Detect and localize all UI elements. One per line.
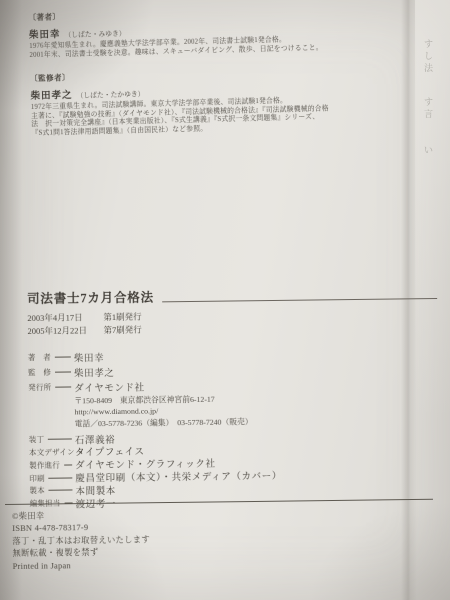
credit-label: 著 者 [28, 352, 51, 363]
leader-line [55, 386, 71, 387]
author-name: 柴田幸 [29, 30, 61, 41]
credit-head: 製本 [29, 485, 75, 497]
credit-label: 印刷 [29, 472, 45, 483]
credit-label: 装丁 [29, 434, 45, 445]
author-bio-section: 〔著者〕 柴田幸 （しばた・みゆき） 1976年愛知県生まれ。慶應義塾大学法学部… [28, 2, 429, 61]
leader-line [55, 371, 71, 372]
supervisor-bio-section: 〔監修者〕 柴田孝之 （しばた・たかゆき） 1972年三重県生まれ。司法試験講師… [30, 63, 432, 139]
credit-head: 発行所 [28, 381, 74, 393]
book-colophon-page-photo: す し 法 す 言 い 〔著者〕 柴田幸 （しばた・みゆき） 1976年愛知県生… [0, 0, 450, 600]
credit-head: 著 者 [28, 351, 74, 363]
credits-secondary: 装丁 石澤義裕 本文デザイン タイプフェイス 製作進行 ダイヤモンド・グラフィッ… [29, 428, 440, 510]
credit-head: 装丁 [29, 434, 75, 446]
edition-dates: 2003年4月17日 第1刷発行 2005年12月22日 第7刷発行 [27, 307, 437, 337]
returns-notice: 落丁・乱丁本はお取替えいたします [12, 534, 150, 548]
copyright-footer: ©柴田幸 ISBN 4-478-78317-9 落丁・乱丁本はお取替えいたします… [12, 509, 150, 573]
edition-date: 2003年4月17日 [27, 311, 103, 324]
credit-value: 柴田幸 [74, 350, 104, 364]
credit-head: 監 修 [28, 366, 74, 378]
leader-line [49, 490, 73, 491]
printed-in-japan-line: Printed in Japan [13, 559, 151, 573]
leader-line [49, 477, 73, 478]
credit-label: 製作進行 [29, 459, 60, 470]
credit-label: 監 修 [28, 367, 51, 378]
supervisor-name-kana: （しばた・たかゆき） [76, 91, 144, 100]
colophon-block: 司法書士7カ月合格法 2003年4月17日 第1刷発行 2005年12月22日 … [27, 284, 440, 510]
edition-date: 2005年12月22日 [27, 324, 103, 337]
credit-value: 柴田孝之 [74, 364, 115, 378]
credit-label: 発行所 [28, 382, 51, 393]
author-name-kana: （しばた・みゆき） [64, 30, 125, 39]
credit-value: ダイヤモンド社 [74, 379, 145, 394]
title-row: 司法書士7カ月合格法 [27, 284, 437, 307]
publisher-details: 〒150-8409 東京都渋谷区神宮前6-12-17 http://www.di… [74, 391, 438, 430]
leader-line [64, 464, 72, 465]
page-fragment-char: い [424, 144, 436, 156]
credit-head: 製作進行 [29, 459, 75, 471]
credit-head: 印刷 [29, 472, 75, 484]
title-rule [162, 298, 437, 302]
leader-line [55, 356, 71, 357]
credits-primary: 著 者 柴田幸 監 修 柴田孝之 発行所 ダイヤモンド社 [28, 345, 439, 395]
leader-line [48, 439, 72, 440]
bio-sections: 〔著者〕 柴田幸 （しばた・みゆき） 1976年愛知県生まれ。慶應義塾大学法学部… [28, 2, 431, 139]
edition-label: 第7刷発行 [103, 323, 141, 336]
book-title: 司法書士7カ月合格法 [27, 287, 154, 307]
credit-label: 本文デザイン [29, 446, 75, 458]
credit-label: 製本 [29, 485, 45, 496]
credit-head: 本文デザイン [29, 446, 75, 458]
supervisor-name: 柴田孝之 [30, 91, 72, 102]
edition-label: 第1刷発行 [103, 311, 141, 324]
